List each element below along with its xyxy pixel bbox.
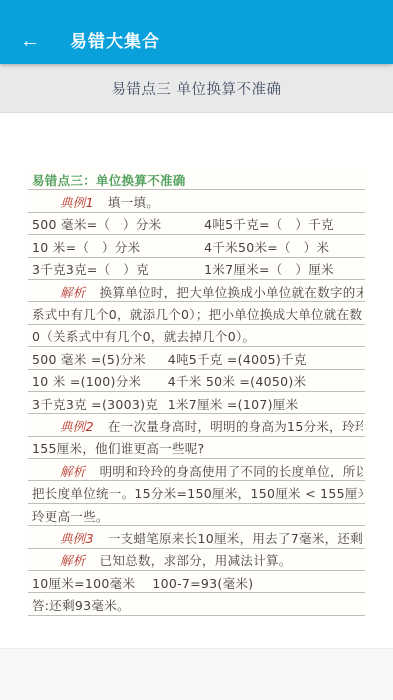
worksheet: 易错点三：单位换算不准确典例1填一填。500 毫米=（ ）分米4吨5千克=（ ）…	[28, 168, 365, 616]
sheet-row: 系式中有几个0，就添几个0）；把小单位换成大单位就在数字的末尾去掉	[28, 302, 365, 324]
sheet-text: 0（关系式中有几个0，就去掉几个0）。	[32, 330, 363, 344]
content-scroll-area[interactable]: 易错点三：单位换算不准确典例1填一填。500 毫米=（ ）分米4吨5千克=（ ）…	[0, 113, 393, 648]
app-screen: ← 易错大集合 易错点三 单位换算不准确 易错点三：单位换算不准确典例1填一填。…	[0, 0, 393, 700]
sheet-text: 易错点三：单位换算不准确	[32, 174, 363, 188]
sheet-text: 已知总数，求部分，用减法计算。	[100, 554, 363, 568]
sheet-row: 3千克3克 =(3003)克1米7厘米 =(107)厘米	[28, 392, 365, 414]
sheet-cell-left: 10 米 =(100)分米	[32, 375, 168, 389]
sheet-cell-left: 10 米=（ ）分米	[32, 241, 204, 255]
sheet-cell-left: 3千克3克=（ ）克	[32, 263, 204, 277]
sheet-row: 解析换算单位时，把大单位换成小单位就在数字的末尾添0（关	[28, 280, 365, 302]
sheet-text: 10厘米=100毫米 100-7=93(毫米)	[32, 577, 363, 591]
sheet-marker: 解析	[60, 554, 86, 568]
sheet-row: 解析明明和玲玲的身高使用了不同的长度单位，所以我们要先	[28, 459, 365, 481]
sheet-text: 一支蜡笔原来长10厘米，用去了7毫米，还剩多少毫米?	[108, 532, 363, 546]
sheet-cell-left: 500 毫米=（ ）分米	[32, 218, 204, 232]
sheet-text: 玲更高一些。	[32, 510, 363, 524]
sheet-cell-right: 1米7厘米=（ ）厘米	[204, 263, 363, 277]
footer-area	[0, 648, 393, 700]
sheet-cell-right: 4吨5千克 =(4005)千克	[168, 353, 363, 367]
sheet-row: 玲更高一些。	[28, 504, 365, 526]
back-button[interactable]: ←	[16, 28, 44, 54]
sheet-text: 明明和玲玲的身高使用了不同的长度单位，所以我们要先	[100, 465, 363, 479]
sheet-row: 3千克3克=（ ）克1米7厘米=（ ）厘米	[28, 258, 365, 280]
sheet-row: 把长度单位统一。15分米=150厘米，150厘米 < 155厘米，所以玲	[28, 481, 365, 503]
section-subtitle: 易错点三 单位换算不准确	[111, 78, 281, 99]
sheet-text: 填一填。	[108, 196, 363, 210]
sheet-marker: 解析	[60, 286, 86, 300]
sheet-cell-right: 1米7厘米 =(107)厘米	[168, 398, 363, 412]
sheet-cell-left: 500 毫米 =(5)分米	[32, 353, 168, 367]
sheet-row: 答:还剩93毫米。	[28, 593, 365, 615]
sheet-cell-right: 4千米 50米 =(4050)米	[168, 375, 363, 389]
sheet-row: 解析已知总数，求部分，用减法计算。	[28, 549, 365, 571]
sheet-row: 典例1填一填。	[28, 190, 365, 212]
sheet-row: 10 米=（ ）分米4千米50米=（ ）米	[28, 235, 365, 257]
sheet-cell-left: 3千克3克 =(3003)克	[32, 398, 168, 412]
sheet-row: 155厘米，他们谁更高一些呢?	[28, 437, 365, 459]
sheet-row: 易错点三：单位换算不准确	[28, 168, 365, 190]
sheet-row: 500 毫米 =(5)分米4吨5千克 =(4005)千克	[28, 347, 365, 369]
app-bar: ← 易错大集合	[0, 0, 393, 64]
sheet-row: 典例2在一次量身高时，明明的身高为15分米，玲玲的身高是	[28, 414, 365, 436]
section-subtitle-bar: 易错点三 单位换算不准确	[0, 64, 393, 113]
sheet-text: 在一次量身高时，明明的身高为15分米，玲玲的身高是	[108, 420, 363, 434]
page-title: 易错大集合	[70, 30, 160, 54]
arrow-left-icon: ←	[20, 31, 40, 51]
sheet-row: 500 毫米=（ ）分米4吨5千克=（ ）千克	[28, 213, 365, 235]
sheet-row: 0（关系式中有几个0，就去掉几个0）。	[28, 325, 365, 347]
sheet-marker: 典例3	[60, 532, 94, 546]
sheet-marker: 典例2	[60, 420, 94, 434]
sheet-marker: 解析	[60, 465, 86, 479]
sheet-marker: 典例1	[60, 196, 94, 210]
sheet-text: 换算单位时，把大单位换成小单位就在数字的末尾添0（关	[100, 286, 363, 300]
sheet-row: 10厘米=100毫米 100-7=93(毫米)	[28, 571, 365, 593]
sheet-text: 把长度单位统一。15分米=150厘米，150厘米 < 155厘米，所以玲	[32, 487, 363, 501]
sheet-row: 典例3一支蜡笔原来长10厘米，用去了7毫米，还剩多少毫米?	[28, 526, 365, 548]
sheet-cell-right: 4千米50米=（ ）米	[204, 241, 363, 255]
sheet-row: 10 米 =(100)分米4千米 50米 =(4050)米	[28, 370, 365, 392]
sheet-text: 155厘米，他们谁更高一些呢?	[32, 442, 363, 456]
sheet-text: 答:还剩93毫米。	[32, 599, 363, 613]
sheet-text: 系式中有几个0，就添几个0）；把小单位换成大单位就在数字的末尾去掉	[32, 308, 363, 322]
sheet-cell-right: 4吨5千克=（ ）千克	[204, 218, 363, 232]
